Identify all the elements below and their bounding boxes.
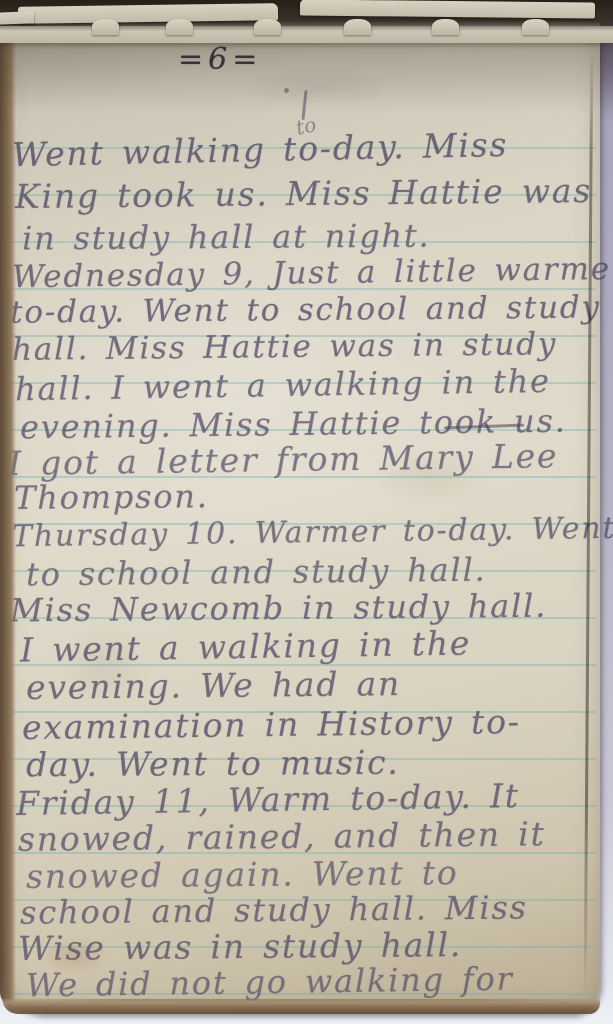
diary-line: King took us. Miss Hattie was	[15, 171, 592, 216]
binding-tab	[166, 19, 193, 35]
diary-line: in study hall at night.	[22, 217, 431, 258]
binding-tab	[92, 19, 119, 35]
diary-line: I went a walking in the	[20, 623, 472, 669]
diary-line: hall. I went a walking in the	[15, 362, 551, 408]
diary-line: Thompson.	[14, 477, 209, 517]
diary-line: hall. Miss Hattie was in study	[12, 326, 557, 368]
torn-page-stub	[0, 11, 34, 24]
binding-tab	[432, 19, 459, 35]
diary-line: Thursday 10. Warmer to-day. Went	[12, 511, 613, 554]
torn-page-stub	[18, 3, 278, 24]
paper-sheet: =6= to Went walking to-day. Miss King to…	[0, 6, 600, 1014]
diary-line: evening. We had an	[26, 664, 401, 707]
diary-line: examination in History to-	[22, 702, 521, 747]
diary-line: Went walking to-day. Miss	[12, 125, 509, 174]
diary-line: snowed, rained, and then it	[18, 814, 546, 859]
binding-tab	[522, 19, 549, 35]
diary-line: I got a letter from Mary Lee	[8, 436, 559, 483]
book-edge-left	[0, 32, 16, 1008]
diary-line: Wednesday 9, Just a little warmer	[12, 251, 613, 296]
book-edge-bottom	[2, 998, 600, 1014]
diary-line: to-day. Went to school and study	[10, 289, 601, 330]
binding-tab	[254, 19, 281, 35]
binding-tab	[344, 19, 371, 35]
torn-page-stub	[300, 0, 595, 19]
scanned-diary-page: =6= to Went walking to-day. Miss King to…	[0, 0, 613, 1024]
binding-drop-shadow	[0, 43, 613, 113]
torn-binding	[0, 0, 613, 52]
